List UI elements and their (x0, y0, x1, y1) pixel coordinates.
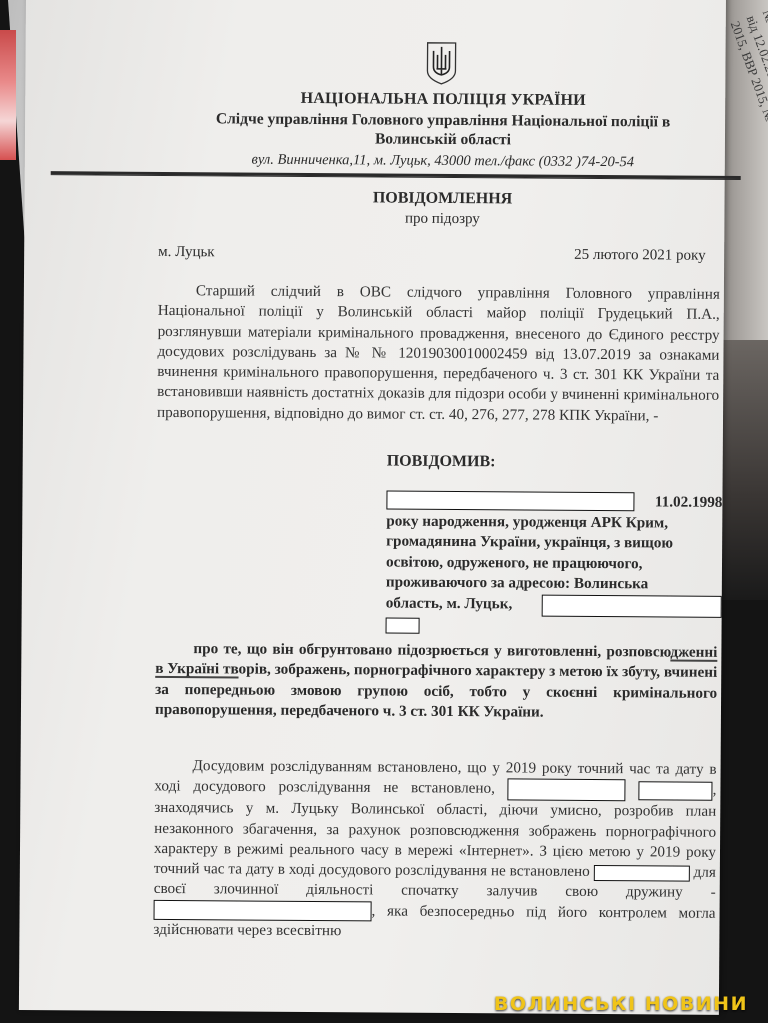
address-line: вул. Винниченка,11, м. Луцьк, 43000 тел.… (161, 151, 725, 172)
background-red-object (0, 30, 16, 160)
document-sheet: НАЦІОНАЛЬНА ПОЛІЦІЯ УКРАЇНИ Слідче управ… (19, 0, 726, 1015)
header-divider (51, 171, 741, 180)
document-subtitle: про підозру (160, 209, 724, 230)
trident-crest-icon (425, 41, 457, 85)
redacted-field-1 (508, 779, 626, 802)
document-date: 25 лютого 2021 року (574, 247, 706, 265)
announced-heading: ПОВІДОМИВ: (387, 453, 496, 472)
document-city: м. Луцьк (158, 244, 215, 261)
side-sheet-text: ...ІХ змінами, вне... № VIII від 28.12.2… (727, 1, 768, 306)
redacted-address-2 (386, 618, 420, 634)
document-content: НАЦІОНАЛЬНА ПОЛІЦІЯ УКРАЇНИ Слідче управ… (162, 31, 726, 35)
intro-paragraph: Старший слідчий в ОВС слідчого управлінн… (157, 281, 720, 427)
watermark-logo: ВОЛИНСЬКІ НОВИНИ (494, 993, 748, 1015)
redacted-field-2 (639, 781, 713, 801)
birth-date: 11.02.1998 (655, 492, 723, 513)
redacted-spouse-name (154, 900, 372, 922)
charge-paragraph: про те, що він обгрунтовано підозрюється… (155, 639, 718, 724)
department-name: Слідче управління Головного управління Н… (141, 109, 745, 151)
findings-paragraph: Досудовим розслідуванням встановлено, що… (153, 756, 716, 945)
redacted-field-3 (594, 865, 690, 882)
document-title: ПОВІДОМЛЕННЯ (160, 188, 724, 210)
suspect-details: 11.02.1998 року народження, уродженця АР… (386, 491, 723, 638)
background-side-sheet: ...ІХ змінами, вне... № VIII від 28.12.2… (720, 0, 768, 340)
redacted-name (386, 491, 634, 512)
organization-name: НАЦІОНАЛЬНА ПОЛІЦІЯ УКРАЇНИ (161, 89, 725, 111)
redacted-address (542, 594, 722, 617)
